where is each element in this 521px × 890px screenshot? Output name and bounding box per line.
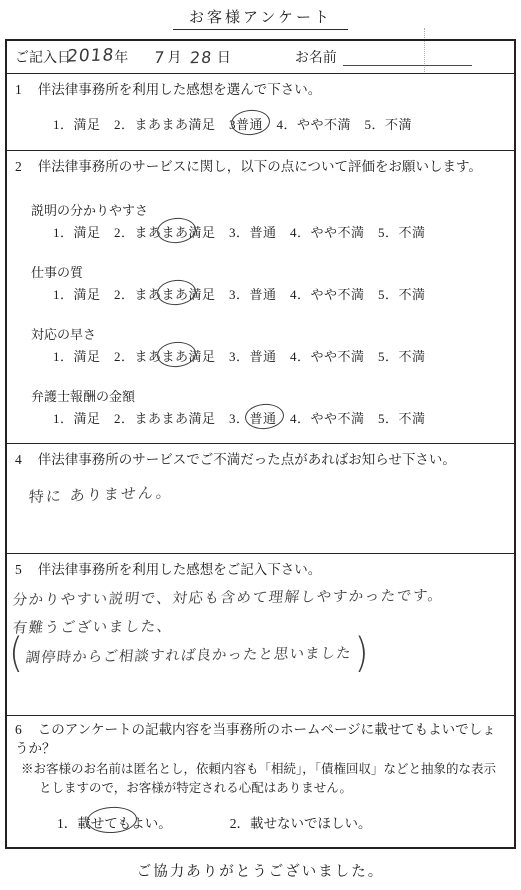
q2-options-post: 満足 3．普通 4．やや不満 5．不満 (189, 225, 426, 240)
q2-options-pre: 1．満足 2．まあ (53, 225, 162, 240)
q5-paren-note: ( 調停時からご相談すれば良かったと思いました ) (7, 639, 514, 669)
q4-text: 伴法律事務所のサービスでご不満だった点があればお知らせ下さい。 (38, 452, 456, 467)
q6-option-1-post: よい。 (131, 816, 172, 831)
q6-text: このアンケートの記載内容を当事務所のホームページに載せてもよいでしょうか？ (15, 722, 496, 756)
date-day-value: 28 (190, 47, 214, 67)
q1-circled-option: 普通 (236, 114, 263, 133)
q1-options-pre: 1．満足 2．まあまあ満足 3 (53, 117, 236, 132)
date-label: ご記入日 (15, 47, 71, 67)
question-5: 5伴法律事務所を利用した感想をご記入下さい。 分かりやすい説明で、対応も含めて理… (7, 554, 514, 716)
q5-number: 5 (15, 560, 22, 579)
date-month-value: 7 (153, 47, 165, 66)
close-paren-mark: ) (355, 637, 369, 672)
q2-item-options: 1．満足 2．まあまあ満足 3．普通 4．やや不満 5．不満 (7, 346, 514, 365)
q2-text: 伴法律事務所のサービスに関し，以下の点について評価をお願いします。 (38, 159, 482, 174)
survey-table: ご記入日 2018 年 7 月 28 日 お名前 1伴法律事務所を利用した感想を… (5, 39, 516, 849)
q2-options-pre: 1．満足 2．まあ (53, 287, 162, 302)
q6-number: 6 (15, 720, 22, 739)
question-6: 6このアンケートの記載内容を当事務所のホームページに載せてもよいでしょうか？ ※… (7, 716, 514, 847)
form-title: お客様アンケート (173, 10, 348, 30)
q6-option-1-pre: 1．載 (57, 816, 91, 831)
q2-item-label: 説明の分かりやすさ (7, 200, 514, 219)
q1-question: 1伴法律事務所を利用した感想を選んで下さい。 (7, 74, 514, 99)
q4-number: 4 (15, 450, 22, 469)
q2-item-label: 仕事の質 (7, 262, 514, 281)
q6-question: 6このアンケートの記載内容を当事務所のホームページに載せてもよいでしょうか？ (7, 716, 514, 758)
q5-handwritten-paren-text: 調停時からご相談すれば良かったと思いました (22, 641, 356, 667)
footer-thanks: ご協力ありがとうございました。 (0, 860, 521, 881)
date-year-value: 2018 (66, 45, 115, 66)
q6-options: 1．載せてもよい。 2．載せないでほしい。 (7, 812, 514, 832)
q2-options-pre: 1．満足 2．まあまあ満足 3． (53, 411, 250, 426)
q2-item-options: 1．満足 2．まあまあ満足 3．普通 4．やや不満 5．不満 (7, 284, 514, 303)
q2-options-post: 4．やや不満 5．不満 (277, 411, 426, 426)
q1-text: 伴法律事務所を利用した感想を選んで下さい。 (38, 82, 322, 97)
date-year-unit: 年 (114, 47, 128, 67)
q4-question: 4伴法律事務所のサービスでご不満だった点があればお知らせ下さい。 (7, 444, 514, 469)
date-row: ご記入日 2018 年 7 月 28 日 お名前 (7, 41, 514, 74)
name-label: お名前 (295, 47, 337, 67)
q6-option-1: 1．載せてもよい。 (57, 812, 172, 832)
q6-anonymity-note: ※お客様のお名前は匿名とし，依頼内容も「相続」，「債権回収」などと抽象的な表示と… (7, 758, 514, 798)
q2-number: 2 (15, 157, 22, 176)
q1-options-post: 4．やや不満 5．不満 (263, 117, 412, 132)
survey-sheet: お客様アンケート ご記入日 2018 年 7 月 28 日 お名前 1伴法律事務… (0, 0, 521, 890)
question-1: 1伴法律事務所を利用した感想を選んで下さい。 1．満足 2．まあまあ満足 3普通… (7, 74, 514, 151)
q5-question: 5伴法律事務所を利用した感想をご記入下さい。 (7, 554, 514, 579)
q2-circled-option: まあ (162, 284, 189, 303)
date-day-unit: 日 (217, 47, 231, 67)
q2-item-options: 1．満足 2．まあまあ満足 3．普通 4．やや不満 5．不満 (7, 222, 514, 241)
date-month-unit: 月 (167, 47, 181, 67)
name-underline (343, 48, 472, 66)
q5-text: 伴法律事務所を利用した感想をご記入下さい。 (38, 562, 322, 577)
q5-handwritten-line-2: 有難うございました、 (6, 611, 516, 637)
q2-item-label: 弁護士報酬の金額 (7, 386, 514, 405)
q2-question: 2伴法律事務所のサービスに関し，以下の点について評価をお願いします。 (7, 151, 514, 176)
q2-item-label: 対応の早さ (7, 324, 514, 343)
question-2: 2伴法律事務所のサービスに関し，以下の点について評価をお願いします。 説明の分か… (7, 151, 514, 444)
q2-circled-option: まあ (162, 346, 189, 365)
q6-circled-option: せても (91, 812, 132, 832)
q2-item-options: 1．満足 2．まあまあ満足 3．普通 4．やや不満 5．不満 (7, 408, 514, 427)
q2-options-post: 満足 3．普通 4．やや不満 5．不満 (189, 287, 426, 302)
q2-circled-option: まあ (162, 222, 189, 241)
q5-handwritten-line-1: 分かりやすい説明で、対応も含めて理解しやすかったです。 (6, 583, 516, 609)
q2-options-post: 満足 3．普通 4．やや不満 5．不満 (189, 349, 426, 364)
q1-number: 1 (15, 80, 22, 99)
q4-handwritten-answer: 特に ありません。 (6, 481, 174, 508)
q2-options-pre: 1．満足 2．まあ (53, 349, 162, 364)
page-title: お客様アンケート (0, 6, 521, 27)
q2-circled-option: 普通 (250, 408, 277, 427)
question-4: 4伴法律事務所のサービスでご不満だった点があればお知らせ下さい。 特に ありませ… (7, 444, 514, 554)
q6-option-2: 2．載せないでほしい。 (230, 812, 372, 832)
q1-options: 1．満足 2．まあまあ満足 3普通 4．やや不満 5．不満 (7, 114, 514, 133)
